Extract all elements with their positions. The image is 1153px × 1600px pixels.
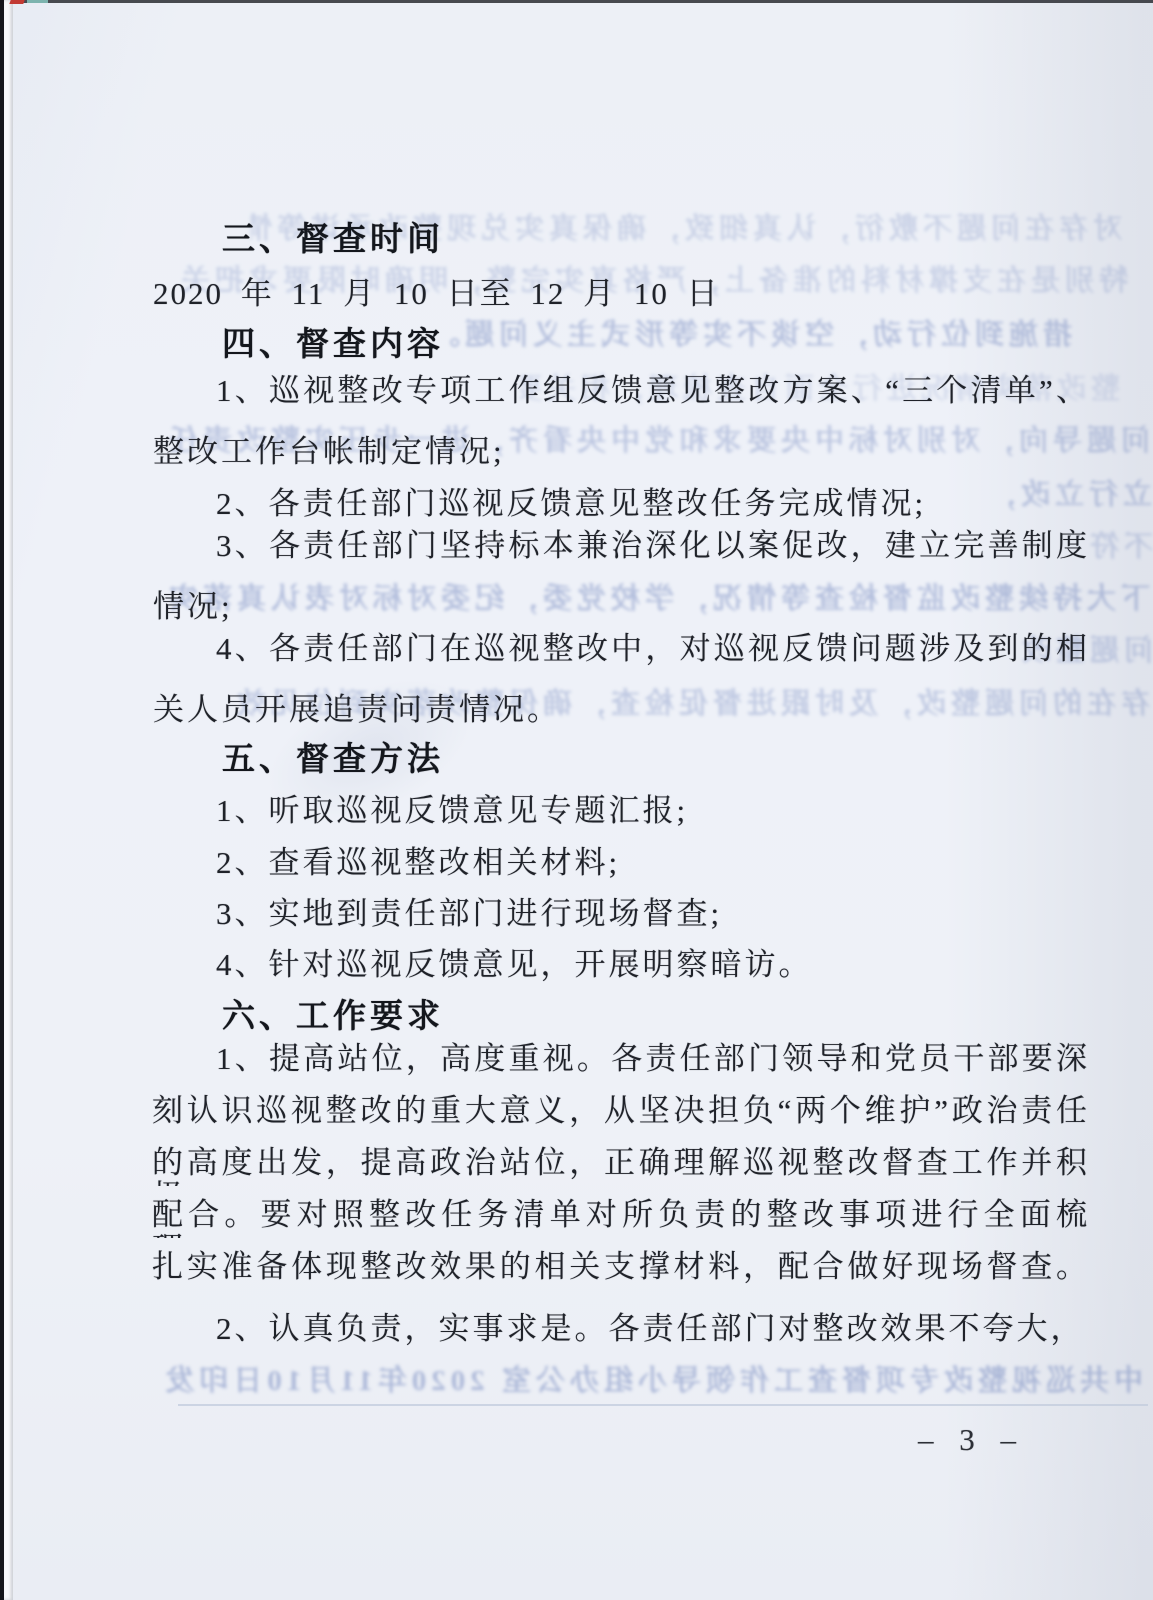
scan-edge-top xyxy=(0,0,1153,3)
doc-line: 整改工作台帐制定情况; xyxy=(153,426,505,471)
footer-rule xyxy=(178,1404,1148,1406)
doc-line: 3、实地到责任部门进行现场督查; xyxy=(216,888,722,933)
section-heading-5: 五、督查方法 xyxy=(222,733,444,780)
doc-line: 2、各责任部门巡视反馈意见整改任务完成情况; xyxy=(216,478,926,523)
bleedthrough-footer-imprint: 中共巡视整改专项督查工作领导小组办公室 2020年11月10日印发 xyxy=(165,1358,1143,1399)
doc-line: 刻认识巡视整改的重大意义，从坚决担负“两个维护”政治责任 xyxy=(152,1094,1090,1134)
section-heading-6: 六、工作要求 xyxy=(222,990,444,1037)
doc-line: 的高度出发，提高政治站位，正确理解巡视整改督查工作并积极 xyxy=(152,1146,1090,1186)
doc-line: 关人员开展追责问责情况。 xyxy=(153,684,561,729)
scanned-document-page: 对存在问题不敷衍，认真细致，确保真实兑现整改承诺等情况。 特别是在支撑材料的准备… xyxy=(0,0,1153,1600)
doc-line-date: 2020 年 11 月 10 日至 12 月 10 日 xyxy=(153,268,720,313)
doc-line: 3、各责任部门坚持标本兼治深化以案促改，建立完善制度 xyxy=(216,529,1090,569)
doc-line: 1、听取巡视反馈意见专题汇报; xyxy=(216,785,688,830)
bleedthrough-line: 下大持续整改监督检查等情况，学校党委，纪委对标对表认真落实 xyxy=(150,576,1150,617)
section-heading-3: 三、督查时间 xyxy=(222,213,444,260)
page-number: – 3 – xyxy=(918,1422,1025,1458)
doc-line: 1、巡视整改专项工作组反馈意见整改方案、“三个清单”、 xyxy=(216,374,1090,414)
doc-line: 4、各责任部门在巡视整改中，对巡视反馈问题涉及到的相 xyxy=(216,632,1090,672)
doc-line: 1、提高站位，高度重视。各责任部门领导和党员干部要深 xyxy=(216,1042,1090,1082)
scan-edge-left-light xyxy=(4,0,13,1600)
doc-line: 情况; xyxy=(153,581,233,626)
section-heading-4: 四、督查内容 xyxy=(222,318,444,365)
doc-line: 2、查看巡视整改相关材料; xyxy=(216,837,620,882)
doc-line: 配合。要对照整改任务清单对所负责的整改事项进行全面梳理， xyxy=(152,1198,1090,1238)
bleedthrough-line: 立行立改， xyxy=(940,472,1152,513)
scan-mark-red xyxy=(9,0,24,4)
bleedthrough-line: 措施到位行动，空谈不实等形式主义问题。 xyxy=(430,312,1072,353)
doc-line: 扎实准备体现整改效果的相关支撑材料，配合做好现场督查。 xyxy=(152,1250,1090,1290)
scan-mark-teal xyxy=(27,0,48,3)
doc-line: 4、针对巡视反馈意见，开展明察暗访。 xyxy=(216,939,813,984)
doc-line: 2、认真负责，实事求是。各责任部门对整改效果不夸大， xyxy=(216,1303,1085,1348)
